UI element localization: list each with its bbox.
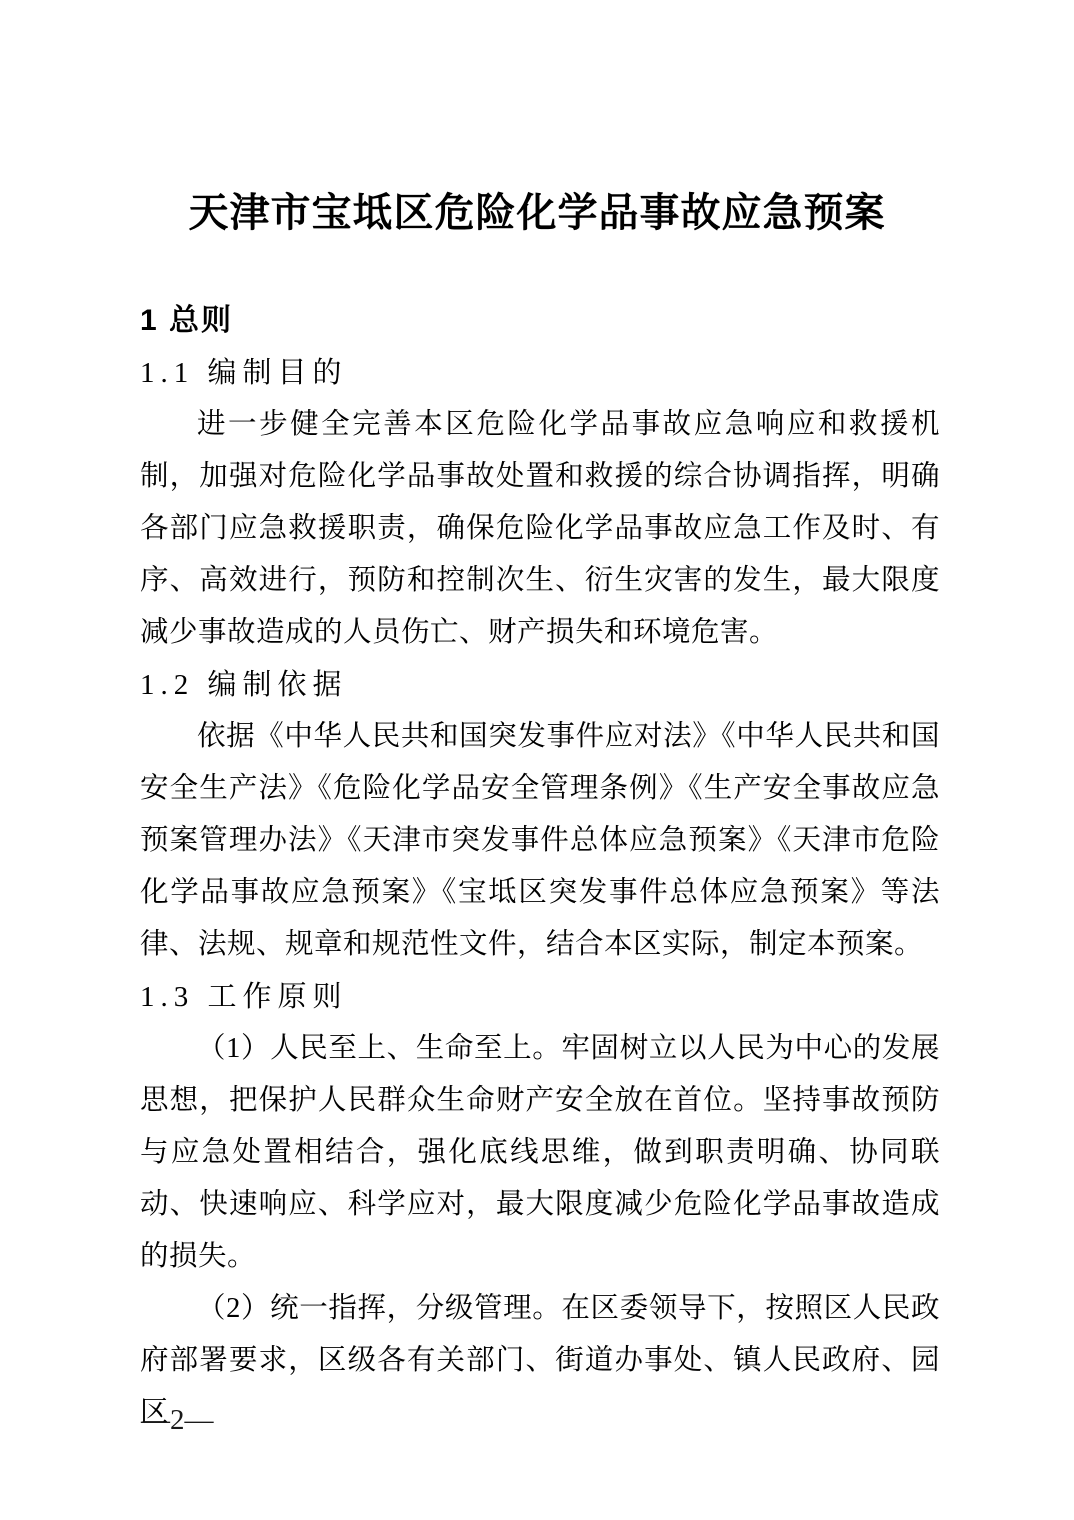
section-heading: 1.1 编制目的 xyxy=(140,347,940,399)
document-body: 1 总则1.1 编制目的进一步健全完善本区危险化学品事故应急响应和救援机制，加强… xyxy=(140,295,940,1439)
document-page: 天津市宝坻区危险化学品事故应急预案 1 总则1.1 编制目的进一步健全完善本区危… xyxy=(0,0,1074,1520)
paragraph: 进一步健全完善本区危险化学品事故应急响应和救援机制，加强对危险化学品事故处置和救… xyxy=(140,399,940,659)
paragraph: 依据《中华人民共和国突发事件应对法》《中华人民共和国安全生产法》《危险化学品安全… xyxy=(140,711,940,971)
paragraph: （2）统一指挥，分级管理。在区委领导下，按照区人民政府部署要求，区级各有关部门、… xyxy=(140,1283,940,1439)
document-title: 天津市宝坻区危险化学品事故应急预案 xyxy=(0,0,1074,240)
section-heading: 1.3 工作原则 xyxy=(140,971,940,1023)
section-heading: 1 总则 xyxy=(140,295,940,347)
section-heading: 1.2 编制依据 xyxy=(140,659,940,711)
paragraph: （1）人民至上、生命至上。牢固树立以人民为中心的发展思想，把保护人民群众生命财产… xyxy=(140,1023,940,1283)
page-number: —2— xyxy=(141,1398,214,1442)
